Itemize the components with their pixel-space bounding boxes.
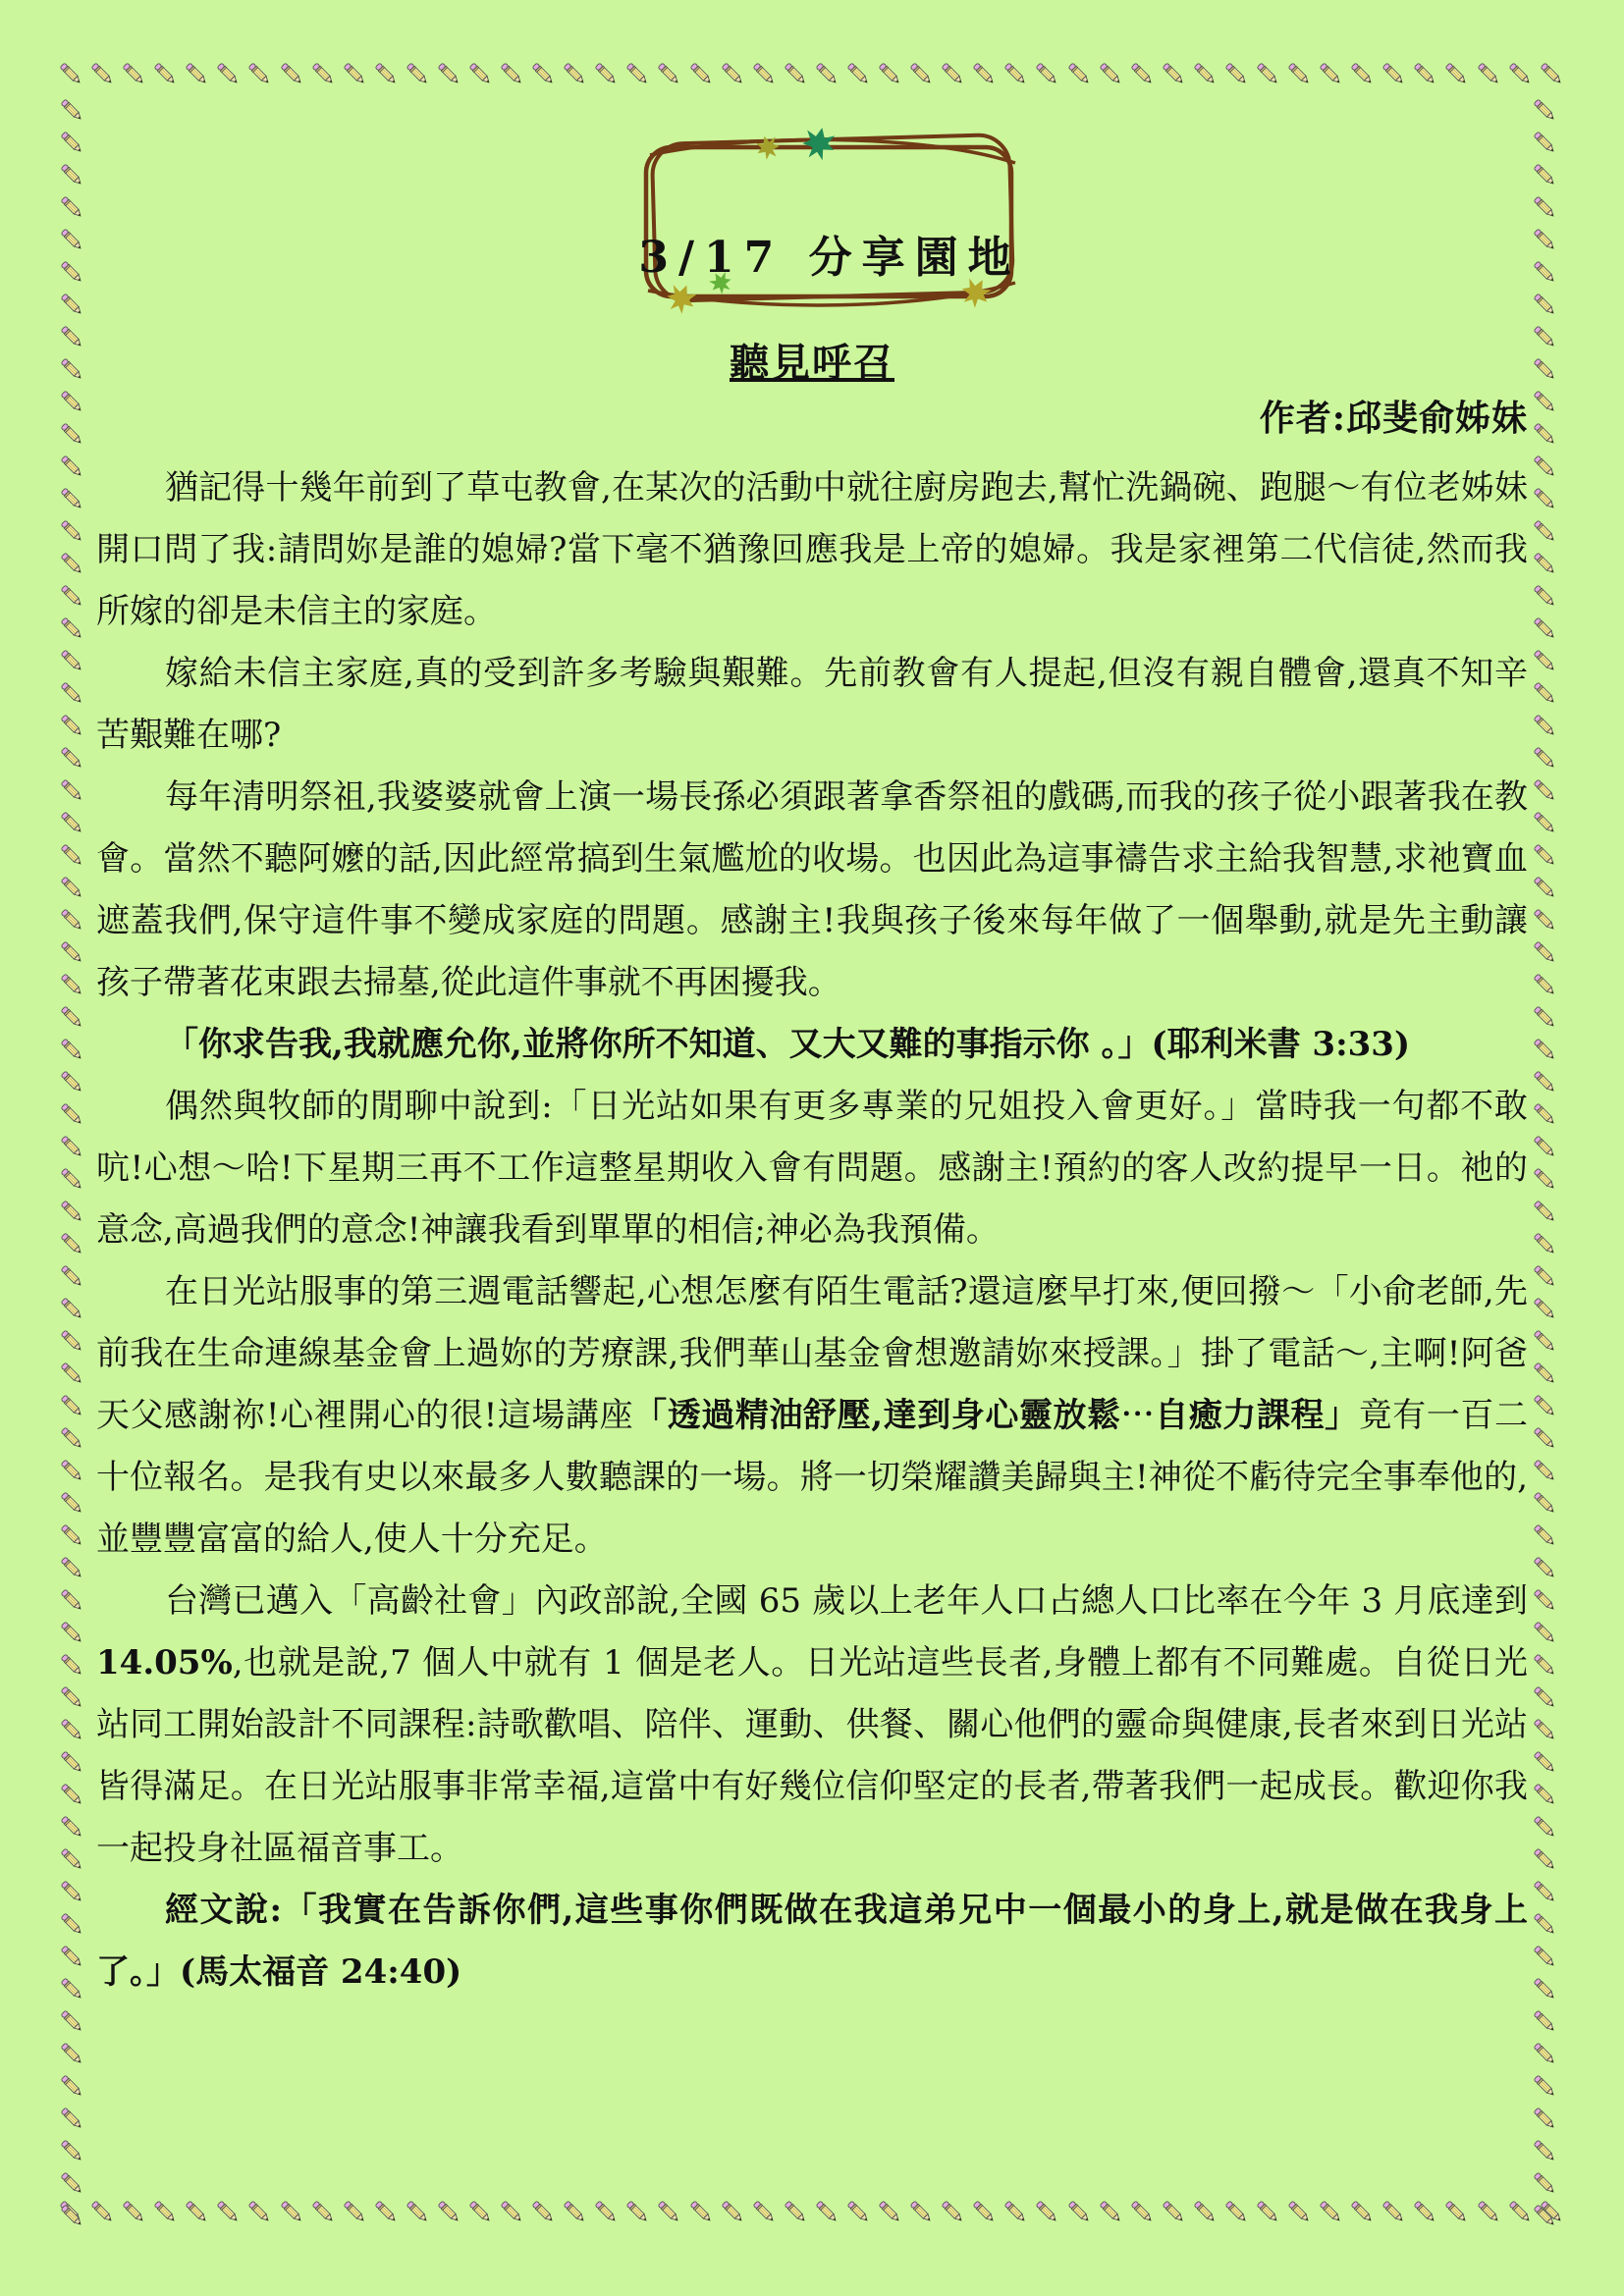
pencil-icon (404, 60, 433, 89)
pencil-icon (341, 60, 370, 89)
pencil-icon (1531, 1813, 1560, 1842)
pencil-icon (1348, 2198, 1378, 2227)
pencil-icon (1531, 1457, 1560, 1486)
pencil-icon (58, 2202, 87, 2231)
pencil-icon (1531, 2072, 1560, 2102)
pencil-icon (309, 60, 339, 89)
paragraph: 經文說:「我實在告訴你們,這些事你們既做在我這弟兄中一個最小的身上,就是做在我身… (96, 1880, 1528, 2003)
pencil-icon (58, 776, 87, 806)
pencil-icon (1531, 2105, 1560, 2134)
pencil-icon (1531, 1360, 1560, 1389)
pencil-icon (970, 60, 1000, 89)
pencil-icon (498, 2198, 527, 2227)
pencil-icon (88, 2198, 118, 2227)
text-run: 猶記得十幾年前到了草屯教會,在某次的活動中就往廚房跑去,幫忙洗鍋碗、跑腿〜有位老… (96, 468, 1528, 631)
pencil-icon (1531, 1651, 1560, 1681)
pencil-icon (1531, 1748, 1560, 1778)
text-run: 台灣已邁入「高齡社會」內政部說,全國 65 歲以上老年人口占總人口比率在今年 3… (165, 1581, 1528, 1621)
pencil-icon (58, 1845, 87, 1875)
pencil-icon (1411, 2198, 1440, 2227)
pencil-icon (1380, 2198, 1409, 2227)
pencil-icon (58, 647, 87, 676)
pencil-icon (750, 2198, 780, 2227)
pencil-icon (1222, 60, 1252, 89)
pencil-icon (58, 1651, 87, 1681)
page-title: 聽見呼召 (0, 332, 1624, 388)
pencil-icon (58, 388, 87, 417)
pencil-icon (58, 1716, 87, 1745)
pencil-icon (1001, 60, 1031, 89)
pencil-icon (876, 2198, 905, 2227)
pencil-icon (58, 1230, 87, 1259)
pencil-icon (1442, 2198, 1472, 2227)
pencil-icon (1531, 1716, 1560, 1745)
pencil-icon (58, 1424, 87, 1454)
pencil-icon (1128, 2198, 1158, 2227)
pencil-icon (1531, 1619, 1560, 1648)
pencil-icon (1065, 60, 1095, 89)
pencil-icon (58, 1910, 87, 1940)
pencil-icon (1531, 258, 1560, 288)
pencil-icon (529, 2198, 559, 2227)
pencil-border-left (57, 96, 88, 2231)
newsletter-page: 3/17 分享園地 聽見呼召 作者:邱斐俞姊妹 猶記得十幾年前到了草屯教會,在某… (0, 0, 1624, 2296)
pencil-icon (1531, 96, 1560, 126)
pencil-icon (466, 60, 496, 89)
pencil-icon (58, 1392, 87, 1421)
pencil-icon (183, 2198, 212, 2227)
pencil-icon (1531, 1295, 1560, 1324)
pencil-icon (876, 60, 905, 89)
pencil-icon (813, 2198, 842, 2227)
pencil-icon (151, 60, 181, 89)
pencil-icon (58, 679, 87, 709)
pencil-icon (58, 550, 87, 579)
pencil-icon (1531, 1781, 1560, 1810)
pencil-icon (58, 1295, 87, 1324)
paragraph: 在日光站服事的第三週電話響起,心想怎麼有陌生電話?還這麼早打來,便回撥〜「小俞老… (96, 1261, 1528, 1571)
pencil-icon (58, 971, 87, 1000)
pencil-icon (623, 2198, 653, 2227)
pencil-icon (1531, 453, 1560, 482)
author-byline: 作者:邱斐俞姊妹 (1260, 391, 1528, 441)
pencil-icon (58, 582, 87, 612)
pencil-icon (58, 809, 87, 838)
pencil-icon (782, 2198, 811, 2227)
pencil-icon (1531, 971, 1560, 1000)
pencil-icon (58, 1457, 87, 1486)
pencil-icon (907, 2198, 937, 2227)
pencil-icon (1531, 1586, 1560, 1616)
text-run: 嫁給未信主家庭,真的受到許多考驗與艱難。先前教會有人提起,但沒有親自體會,還真不… (96, 654, 1528, 755)
pencil-icon (1191, 60, 1220, 89)
pencil-icon (1531, 1327, 1560, 1357)
pencil-icon (1531, 550, 1560, 579)
pencil-icon (1531, 129, 1560, 158)
pencil-icon (58, 2169, 87, 2199)
pencil-icon (1254, 60, 1283, 89)
pencil-icon (750, 60, 780, 89)
pencil-icon (58, 291, 87, 320)
pencil-icon (1531, 1522, 1560, 1551)
pencil-icon (214, 60, 244, 89)
paragraph: 「你求告我,我就應允你,並將你所不知道、又大又難的事指示你 。」(耶利米書 3:… (96, 1014, 1528, 1076)
pencil-icon (1317, 60, 1346, 89)
text-run: ,也就是說,7 個人中就有 1 個是老人。日光站這些長者,身體上都有不同難處。自… (96, 1643, 1528, 1868)
pencil-icon (844, 60, 874, 89)
pencil-icon (1442, 60, 1472, 89)
pencil-icon (245, 2198, 275, 2227)
pencil-icon (1033, 60, 1062, 89)
pencil-icon (970, 2198, 1000, 2227)
pencil-icon (58, 1975, 87, 2004)
pencil-icon (1531, 744, 1560, 774)
pencil-icon (58, 2105, 87, 2134)
pencil-icon (1531, 420, 1560, 450)
pencil-icon (687, 2198, 717, 2227)
pencil-icon (372, 60, 402, 89)
pencil-icon (1097, 60, 1126, 89)
pencil-icon (1222, 2198, 1252, 2227)
pencil-icon (782, 60, 811, 89)
bold-text-run: 「透過精油舒壓,達到身心靈放鬆⋯自癒力課程」 (633, 1396, 1359, 1435)
pencil-icon (58, 614, 87, 644)
pencil-icon (278, 2198, 307, 2227)
pencil-icon (1411, 60, 1440, 89)
pencil-icon (404, 2198, 433, 2227)
pencil-icon (120, 2198, 149, 2227)
pencil-icon (278, 60, 307, 89)
pencil-icon (58, 2137, 87, 2166)
pencil-icon (939, 2198, 968, 2227)
pencil-icon (58, 258, 87, 288)
pencil-icon (1531, 2137, 1560, 2166)
pencil-icon (435, 2198, 464, 2227)
pencil-icon (58, 1522, 87, 1551)
pencil-icon (1531, 1165, 1560, 1195)
pencil-icon (813, 60, 842, 89)
pencil-icon (58, 744, 87, 774)
pencil-icon (58, 1165, 87, 1195)
pencil-icon (1001, 2198, 1031, 2227)
pencil-icon (655, 2198, 684, 2227)
pencil-icon (1531, 1230, 1560, 1259)
pencil-icon (655, 60, 684, 89)
pencil-icon (1531, 1910, 1560, 1940)
pencil-icon (1531, 517, 1560, 547)
pencil-icon (1531, 1262, 1560, 1292)
pencil-icon (1531, 1878, 1560, 1907)
paragraph: 猶記得十幾年前到了草屯教會,在某次的活動中就往廚房跑去,幫忙洗鍋碗、跑腿〜有位老… (96, 457, 1528, 643)
pencil-icon (309, 2198, 339, 2227)
bold-text-run: 14.05% (96, 1643, 233, 1682)
pencil-icon (58, 1813, 87, 1842)
pencil-icon (687, 60, 717, 89)
pencil-icon (58, 420, 87, 450)
pencil-border-top (57, 59, 1567, 90)
pencil-icon (58, 1586, 87, 1616)
maple-leaf-icon (800, 126, 838, 162)
pencil-icon (1128, 60, 1158, 89)
bold-text-run: 經文說:「我實在告訴你們,這些事你們既做在我這弟兄中一個最小的身上,就是做在我身… (96, 1891, 1528, 1992)
pencil-icon (58, 1036, 87, 1065)
pencil-icon (1531, 1392, 1560, 1421)
pencil-icon (1531, 874, 1560, 903)
pencil-icon (1531, 2169, 1560, 2199)
pencil-icon (1475, 60, 1504, 89)
paragraph: 台灣已邁入「高齡社會」內政部說,全國 65 歲以上老年人口占總人口比率在今年 3… (96, 1571, 1528, 1880)
pencil-icon (1531, 1198, 1560, 1227)
pencil-icon (58, 1554, 87, 1583)
pencil-icon (58, 1781, 87, 1810)
pencil-icon (58, 193, 87, 223)
pencil-icon (561, 60, 590, 89)
pencil-icon (1531, 1683, 1560, 1713)
pencil-icon (1531, 2202, 1560, 2231)
pencil-icon (1531, 161, 1560, 190)
pencil-icon (1531, 938, 1560, 968)
pencil-icon (1191, 2198, 1220, 2227)
pencil-icon (58, 1133, 87, 1162)
pencil-icon (1160, 60, 1189, 89)
pencil-icon (1531, 1424, 1560, 1454)
pencil-icon (1531, 1943, 1560, 1972)
pencil-icon (1531, 2007, 1560, 2037)
text-run: 偶然與牧師的閒聊中說到:「日光站如果有更多專業的兄姐投入會更好。」當時我一句都不… (96, 1087, 1528, 1250)
pencil-icon (58, 517, 87, 547)
pencil-icon (88, 60, 118, 89)
pencil-icon (57, 60, 86, 89)
pencil-icon (1538, 60, 1567, 89)
pencil-icon (1285, 2198, 1315, 2227)
pencil-icon (1531, 1133, 1560, 1162)
article-body: 猶記得十幾年前到了草屯教會,在某次的活動中就往廚房跑去,幫忙洗鍋碗、跑腿〜有位老… (96, 457, 1528, 2003)
pencil-icon (1531, 776, 1560, 806)
pencil-icon (58, 906, 87, 935)
text-run: 每年清明祭祖,我婆婆就會上演一場長孫必須跟著拿香祭祖的戲碼,而我的孩子從小跟著我… (96, 777, 1528, 1002)
pencil-icon (1531, 614, 1560, 644)
pencil-icon (435, 60, 464, 89)
banner: 3/17 分享園地 (630, 126, 1029, 318)
pencil-icon (1285, 60, 1315, 89)
pencil-icon (1531, 193, 1560, 223)
pencil-icon (1531, 647, 1560, 676)
pencil-icon (58, 1943, 87, 1972)
pencil-icon (844, 2198, 874, 2227)
pencil-icon (1531, 809, 1560, 838)
paragraph: 嫁給未信主家庭,真的受到許多考驗與艱難。先前教會有人提起,但沒有親自體會,還真不… (96, 643, 1528, 767)
pencil-icon (1065, 2198, 1095, 2227)
pencil-icon (1317, 2198, 1346, 2227)
pencil-icon (592, 60, 622, 89)
pencil-icon (529, 60, 559, 89)
pencil-icon (592, 2198, 622, 2227)
pencil-icon (58, 1100, 87, 1130)
pencil-icon (1033, 2198, 1062, 2227)
pencil-icon (58, 226, 87, 255)
pencil-icon (58, 1068, 87, 1097)
pencil-icon (1506, 60, 1536, 89)
pencil-icon (1097, 2198, 1126, 2227)
pencil-icon (1531, 1975, 1560, 2004)
pencil-icon (58, 1619, 87, 1648)
pencil-icon (719, 2198, 748, 2227)
pencil-icon (58, 938, 87, 968)
pencil-icon (58, 1003, 87, 1033)
pencil-icon (214, 2198, 244, 2227)
paragraph: 每年清明祭祖,我婆婆就會上演一場長孫必須跟著拿香祭祖的戲碼,而我的孩子從小跟著我… (96, 767, 1528, 1014)
pencil-icon (1531, 906, 1560, 935)
pencil-icon (623, 60, 653, 89)
pencil-icon (58, 453, 87, 482)
pencil-icon (151, 2198, 181, 2227)
pencil-icon (58, 1360, 87, 1389)
pencil-icon (1531, 388, 1560, 417)
pencil-icon (58, 1198, 87, 1227)
pencil-icon (1475, 2198, 1504, 2227)
pencil-icon (58, 161, 87, 190)
pencil-icon (58, 712, 87, 741)
pencil-icon (1380, 60, 1409, 89)
pencil-icon (372, 2198, 402, 2227)
pencil-icon (939, 60, 968, 89)
pencil-icon (58, 841, 87, 871)
bold-text-run: 「你求告我,我就應允你,並將你所不知道、又大又難的事指示你 。」(耶利米書 3:… (165, 1025, 1410, 1064)
pencil-icon (561, 2198, 590, 2227)
pencil-icon (1531, 1845, 1560, 1875)
pencil-border-bottom (57, 2197, 1567, 2228)
pencil-icon (58, 96, 87, 126)
pencil-icon (466, 2198, 496, 2227)
pencil-icon (1160, 2198, 1189, 2227)
pencil-icon (1531, 582, 1560, 612)
pencil-icon (120, 60, 149, 89)
banner-title: 3/17 分享園地 (630, 222, 1029, 285)
pencil-icon (58, 2072, 87, 2102)
pencil-border-right (1530, 96, 1561, 2231)
pencil-icon (58, 1489, 87, 1519)
pencil-icon (245, 60, 275, 89)
pencil-icon (1531, 712, 1560, 741)
pencil-icon (1531, 226, 1560, 255)
pencil-icon (58, 874, 87, 903)
pencil-icon (58, 485, 87, 514)
pencil-icon (1531, 1036, 1560, 1065)
pencil-icon (58, 1683, 87, 1713)
pencil-icon (1531, 841, 1560, 871)
pencil-icon (907, 60, 937, 89)
pencil-icon (1531, 291, 1560, 320)
pencil-icon (719, 60, 748, 89)
pencil-icon (1531, 1100, 1560, 1130)
pencil-icon (58, 1878, 87, 1907)
pencil-icon (58, 1748, 87, 1778)
pencil-icon (1531, 2040, 1560, 2069)
pencil-icon (1531, 1489, 1560, 1519)
pencil-icon (58, 2040, 87, 2069)
pencil-icon (498, 60, 527, 89)
pencil-icon (1531, 1068, 1560, 1097)
pencil-icon (341, 2198, 370, 2227)
paragraph: 偶然與牧師的閒聊中說到:「日光站如果有更多專業的兄姐投入會更好。」當時我一句都不… (96, 1076, 1528, 1261)
pencil-icon (1254, 2198, 1283, 2227)
pencil-icon (1531, 1554, 1560, 1583)
pencil-icon (58, 2007, 87, 2037)
pencil-icon (1531, 679, 1560, 709)
pencil-icon (58, 1327, 87, 1357)
pencil-icon (1531, 485, 1560, 514)
pencil-icon (1348, 60, 1378, 89)
pencil-icon (58, 1262, 87, 1292)
pencil-icon (183, 60, 212, 89)
pencil-icon (1531, 1003, 1560, 1033)
pencil-icon (58, 129, 87, 158)
